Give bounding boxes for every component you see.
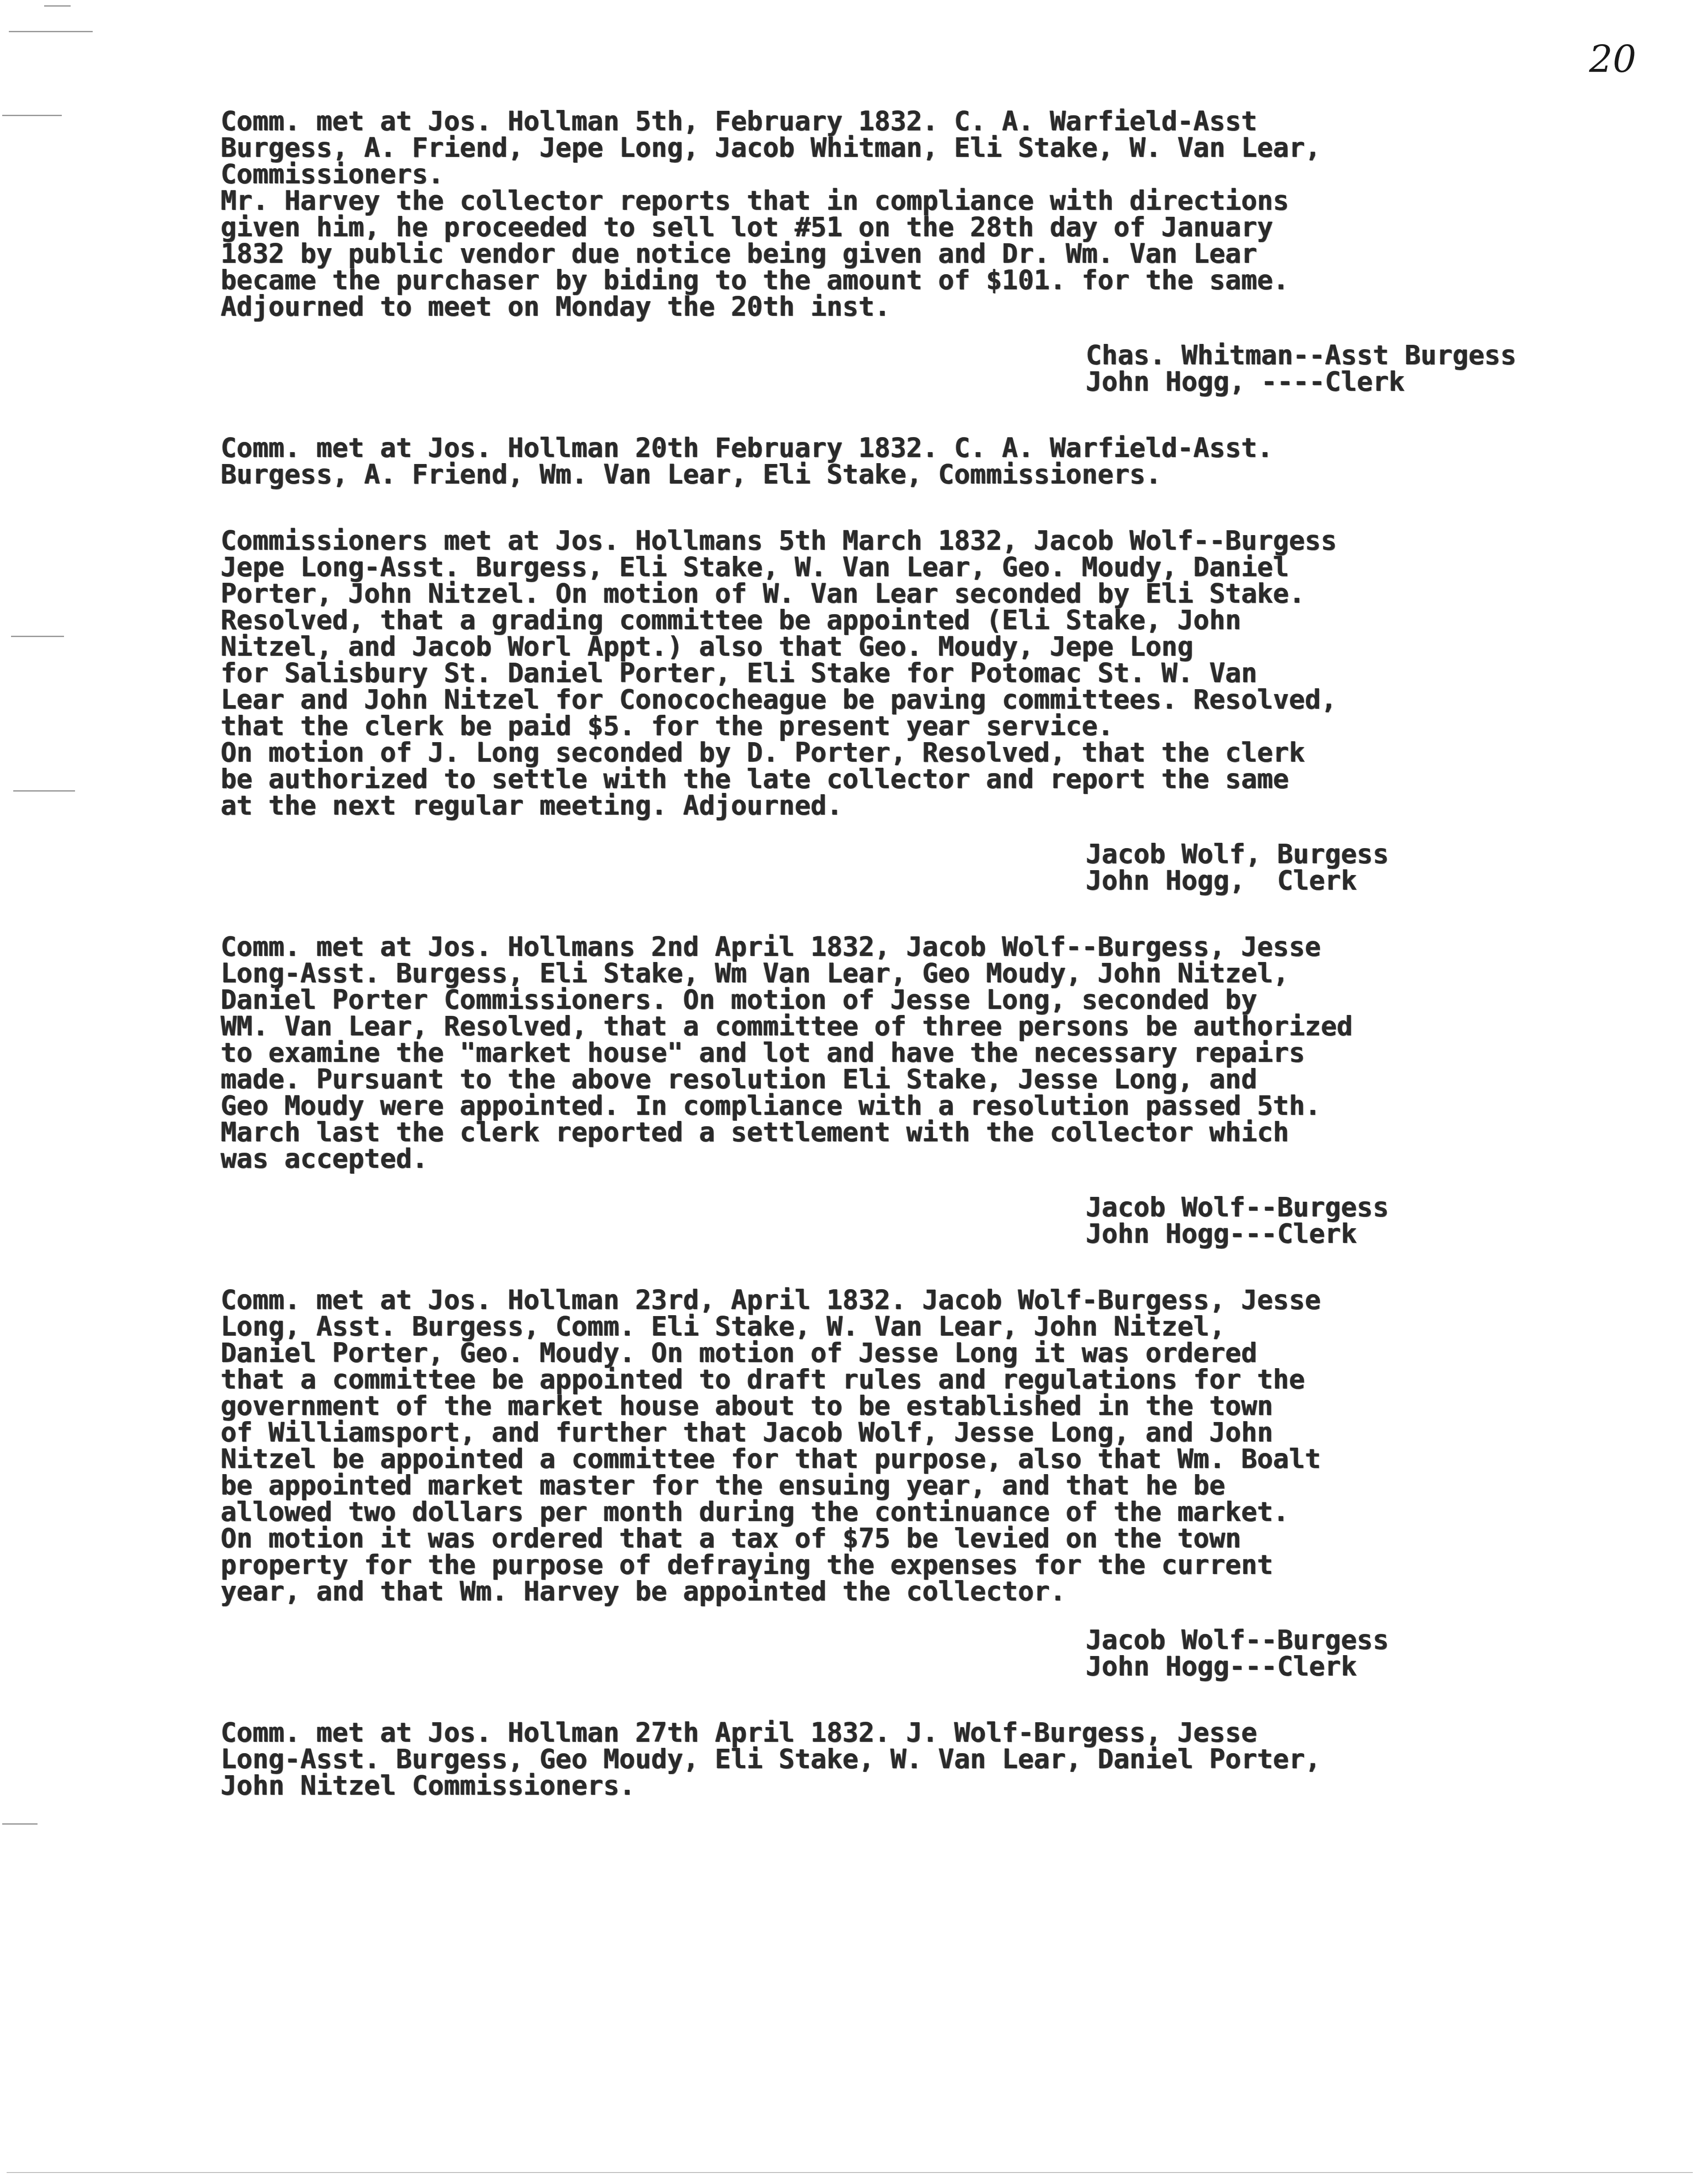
text-line: government of the market house about to … [221, 1393, 1677, 1419]
text-line: John Nitzel Commissioners. [221, 1773, 1677, 1799]
text-line: at the next regular meeting. Adjourned. [221, 792, 1677, 819]
text-line: Comm. met at Jos. Hollman 27th April 183… [221, 1720, 1677, 1746]
minutes-entry: Comm. met at Jos. Hollman 27th April 183… [221, 1720, 1677, 1799]
text-line: Daniel Porter Commissioners. On motion o… [221, 987, 1677, 1013]
text-line: Commissioners. [221, 161, 1677, 188]
text-line: be appointed market master for the ensui… [221, 1472, 1677, 1499]
text-line: Long-Asst. Burgess, Geo Moudy, Eli Stake… [221, 1746, 1677, 1773]
signature-line: John Hogg, Clerk [1086, 868, 1677, 894]
margin-mark [13, 790, 75, 792]
text-line: Porter, John Nitzel. On motion of W. Van… [221, 581, 1677, 607]
signature-line: John Hogg---Clerk [1086, 1653, 1677, 1680]
text-line: to examine the "market house" and lot an… [221, 1040, 1677, 1066]
text-line: was accepted. [221, 1146, 1677, 1172]
text-line: made. Pursuant to the above resolution E… [221, 1066, 1677, 1093]
text-line: given him, he proceeded to sell lot #51 … [221, 214, 1677, 241]
margin-mark [2, 1823, 38, 1825]
minutes-entry: Comm. met at Jos. Hollman 20th February … [221, 435, 1677, 488]
signature-line: Jacob Wolf, Burgess [1086, 841, 1677, 868]
minutes-entry: Comm. met at Jos. Hollman 23rd, April 18… [221, 1287, 1677, 1680]
text-line: Burgess, A. Friend, Wm. Van Lear, Eli St… [221, 461, 1677, 488]
margin-mark [11, 636, 64, 637]
text-line: Adjourned to meet on Monday the 20th ins… [221, 294, 1677, 320]
text-line: Comm. met at Jos. Hollman 20th February … [221, 435, 1677, 461]
signature-line: Jacob Wolf--Burgess [1086, 1194, 1677, 1221]
signature-line: Chas. Whitman--Asst Burgess [1086, 342, 1677, 369]
text-line: Lear and John Nitzel for Conococheague b… [221, 687, 1677, 713]
text-line: that the clerk be paid $5. for the prese… [221, 713, 1677, 739]
text-line: Comm. met at Jos. Hollman 23rd, April 18… [221, 1287, 1677, 1313]
text-line: allowed two dollars per month during the… [221, 1499, 1677, 1525]
text-line: became the purchaser by biding to the am… [221, 267, 1677, 294]
text-line: Commissioners met at Jos. Hollmans 5th M… [221, 528, 1677, 554]
text-line: property for the purpose of defraying th… [221, 1552, 1677, 1578]
text-line: 1832 by public vendor due notice being g… [221, 241, 1677, 267]
text-line: Burgess, A. Friend, Jepe Long, Jacob Whi… [221, 135, 1677, 161]
signature-line: John Hogg, ----Clerk [1086, 369, 1677, 395]
text-line: Geo Moudy were appointed. In compliance … [221, 1093, 1677, 1119]
text-line: Nitzel, and Jacob Worl Appt.) also that … [221, 634, 1677, 660]
margin-mark [9, 31, 93, 32]
text-line: year, and that Wm. Harvey be appointed t… [221, 1578, 1677, 1605]
margin-mark [44, 5, 71, 7]
text-line: March last the clerk reported a settleme… [221, 1119, 1677, 1146]
text-line: that a committee be appointed to draft r… [221, 1366, 1677, 1393]
text-line: Mr. Harvey the collector reports that in… [221, 188, 1677, 214]
signature-line: John Hogg---Clerk [1086, 1221, 1677, 1247]
minutes-entry: Comm. met at Jos. Hollman 5th, February … [221, 108, 1677, 395]
text-line: Long, Asst. Burgess, Comm. Eli Stake, W.… [221, 1313, 1677, 1340]
text-line: be authorized to settle with the late co… [221, 766, 1677, 792]
text-line: Long-Asst. Burgess, Eli Stake, Wm Van Le… [221, 960, 1677, 987]
text-line: Nitzel be appointed a committee for that… [221, 1446, 1677, 1472]
text-line: Jepe Long-Asst. Burgess, Eli Stake, W. V… [221, 554, 1677, 581]
minutes-entry: Commissioners met at Jos. Hollmans 5th M… [221, 528, 1677, 894]
text-line: for Salisbury St. Daniel Porter, Eli Sta… [221, 660, 1677, 687]
text-line: Resolved, that a grading committee be ap… [221, 607, 1677, 634]
text-line: Comm. met at Jos. Hollman 5th, February … [221, 108, 1677, 135]
meeting-minutes: Comm. met at Jos. Hollman 5th, February … [221, 108, 1677, 1799]
text-line: On motion of J. Long seconded by D. Port… [221, 739, 1677, 766]
margin-mark [2, 115, 62, 116]
signature-line: Jacob Wolf--Burgess [1086, 1627, 1677, 1653]
text-line: Daniel Porter, Geo. Moudy. On motion of … [221, 1340, 1677, 1366]
text-line: Comm. met at Jos. Hollmans 2nd April 183… [221, 934, 1677, 960]
bottom-rule [7, 2172, 1693, 2173]
text-line: of Williamsport, and further that Jacob … [221, 1419, 1677, 1446]
page-number: 20 [1589, 38, 1636, 81]
text-line: WM. Van Lear, Resolved, that a committee… [221, 1013, 1677, 1040]
minutes-entry: Comm. met at Jos. Hollmans 2nd April 183… [221, 934, 1677, 1247]
text-line: On motion it was ordered that a tax of $… [221, 1525, 1677, 1552]
